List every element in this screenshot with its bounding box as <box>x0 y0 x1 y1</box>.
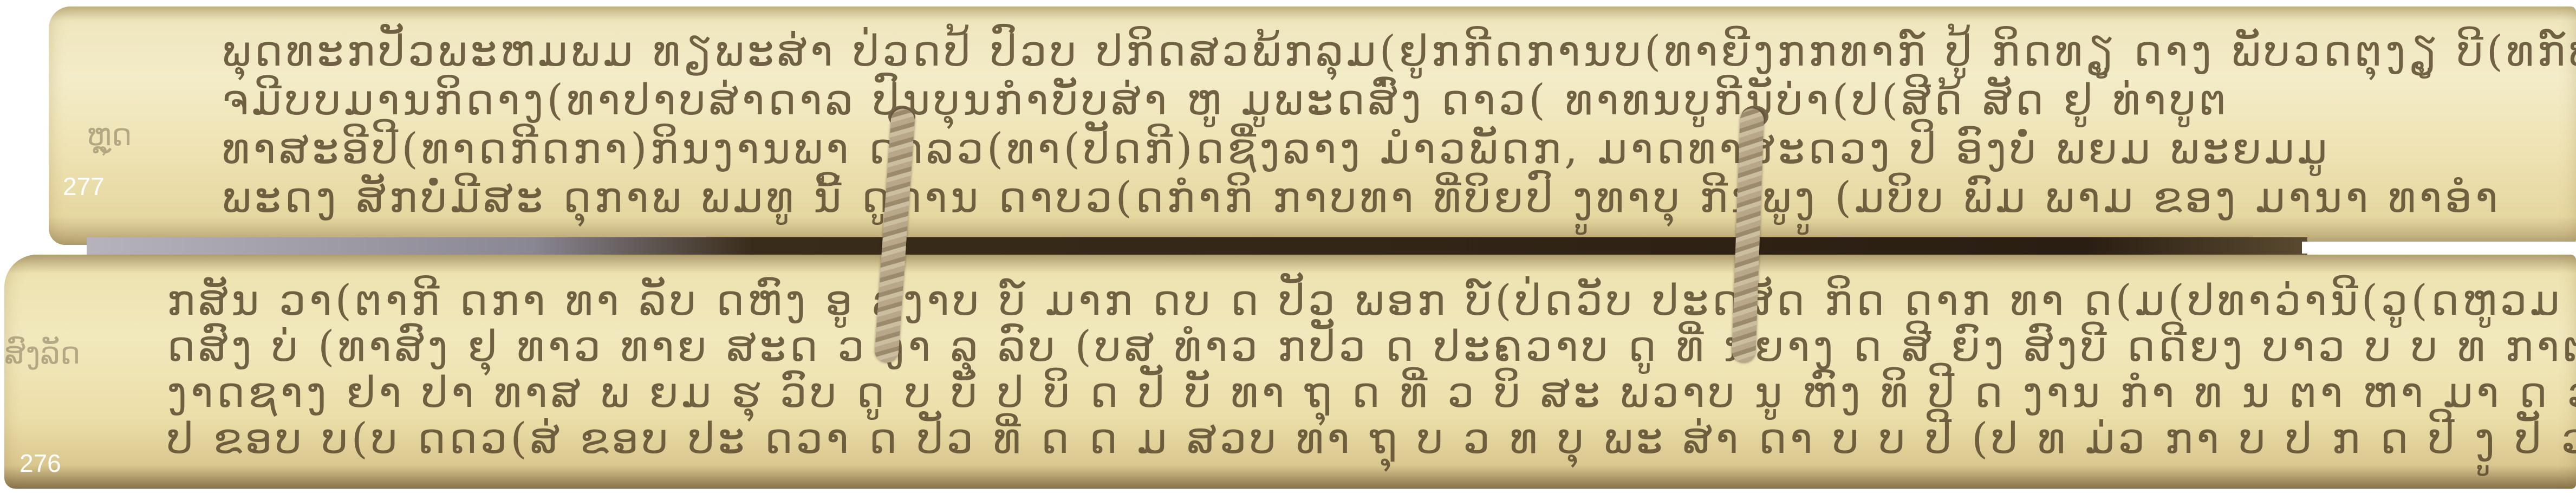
inscription-line: ພຸດທະກປັວພະຫມພມ ທຽພະສ່າ ປ່ວດປ້ ປົວບ ປກິດ… <box>222 27 2576 76</box>
inscription-line: ງາດຊາງ ຢາ ປາ ທາສ ພ ຍມ ຮຸ ວົບ ດູ ບ ບັ ປ ບ… <box>167 368 2576 417</box>
inscription-line: ປ ຂອບ ບ(ບ ດດວ(ສ່ ຂອບ ປະ ດວາ ດ ປັວ ທີ່ ດ … <box>167 414 2576 463</box>
leaf-number-277: 277 <box>63 172 105 201</box>
background-gap <box>2302 242 2576 254</box>
margin-note-277: ຫຼຸດ <box>87 118 132 153</box>
palm-leaf-276: ສົງລັດ ກສັນ ວາ(ຕາກີ ດກາ ທາ ລັບ ດຫົງ ອູ ລ… <box>4 255 2576 489</box>
inscription-line: ກສັນ ວາ(ຕາກີ ດກາ ທາ ລັບ ດຫົງ ອູ ລງາບ ບ໌ … <box>167 276 2576 325</box>
inscription-line: ຈມີບບມານກິດາງ(ທາປາບສ່າດາລ ປົນບຸນກໍາບັບສ່… <box>222 76 2229 125</box>
inscription-line: ພະດງ ສັກບໍ່ມີສະ ດຸກາພ ພມທູ ນີ້ ດູການ ດາບ… <box>222 173 2501 222</box>
palm-leaf-277: ຫຼຸດ ພຸດທະກປັວພະຫມພມ ທຽພະສ່າ ປ່ວດປ້ ປົວບ… <box>49 7 2576 245</box>
leaf-number-276: 276 <box>19 449 61 478</box>
margin-note-276: ສົງລັດ <box>4 336 80 371</box>
inscription-line: ທາສະອີປີ(ທາດກີດກາ)ກິນງານພາ ດາລວ(ທາ(ປັດກີ… <box>222 125 2331 173</box>
inscription-line: ດສົງ ບ່ (ທາສົງ ຢຸ ທາວ ທາຍ ສະດ ວ ງາ ລຸ ລົ… <box>167 322 2576 371</box>
